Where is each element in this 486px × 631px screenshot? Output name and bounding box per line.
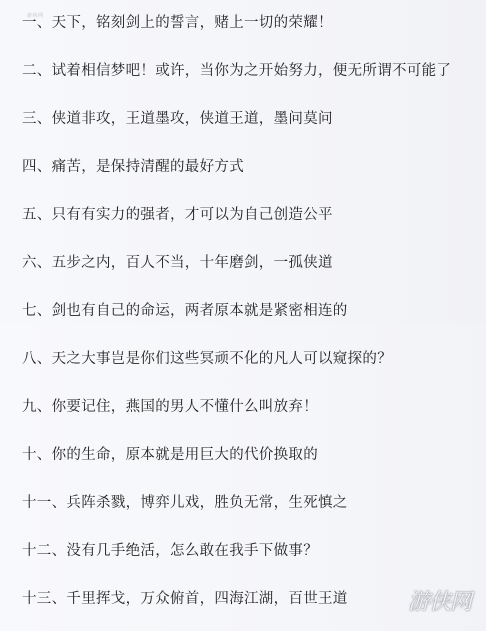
quote-item: 三、侠道非攻，王道墨攻，侠道王道，墨问莫问 <box>22 109 451 157</box>
quote-item: 十、你的生命，原本就是用巨大的代价换取的 <box>22 445 451 493</box>
quote-item: 八、天之大事岂是你们这些冥顽不化的凡人可以窥探的？ <box>22 349 451 397</box>
quote-item: 一、天下，铭刻剑上的誓言，赌上一切的荣耀！ <box>22 13 451 61</box>
watermark-logo: 游侠网 <box>408 585 471 616</box>
quote-item: 七、剑也有自己的命运，两者原本就是紧密相连的 <box>22 301 451 349</box>
quote-item: 六、五步之内，百人不当，十年磨剑，一孤侠道 <box>22 253 451 301</box>
quote-item: 十一、兵阵杀戮，博弈儿戏，胜负无常，生死慎之 <box>22 493 451 541</box>
quote-item: 十二、没有几手绝活，怎么敢在我手下做事？ <box>22 541 451 589</box>
quote-item: 九、你要记住，燕国的男人不懂什么叫放弃！ <box>22 397 451 445</box>
quote-item: 二、试着相信梦吧！或许，当你为之开始努力，便无所谓不可能了 <box>22 61 451 109</box>
quote-item: 四、痛苦，是保持清醒的最好方式 <box>22 157 451 205</box>
quote-item: 五、只有有实力的强者，才可以为自己创造公平 <box>22 205 451 253</box>
quote-list: 一、天下，铭刻剑上的誓言，赌上一切的荣耀！ 二、试着相信梦吧！或许，当你为之开始… <box>22 13 451 631</box>
quote-page: 游侠网 一、天下，铭刻剑上的誓言，赌上一切的荣耀！ 二、试着相信梦吧！或许，当你… <box>0 0 486 631</box>
quote-item: 十三、千里挥戈，万众俯首，四海江湖，百世王道 <box>22 589 451 631</box>
